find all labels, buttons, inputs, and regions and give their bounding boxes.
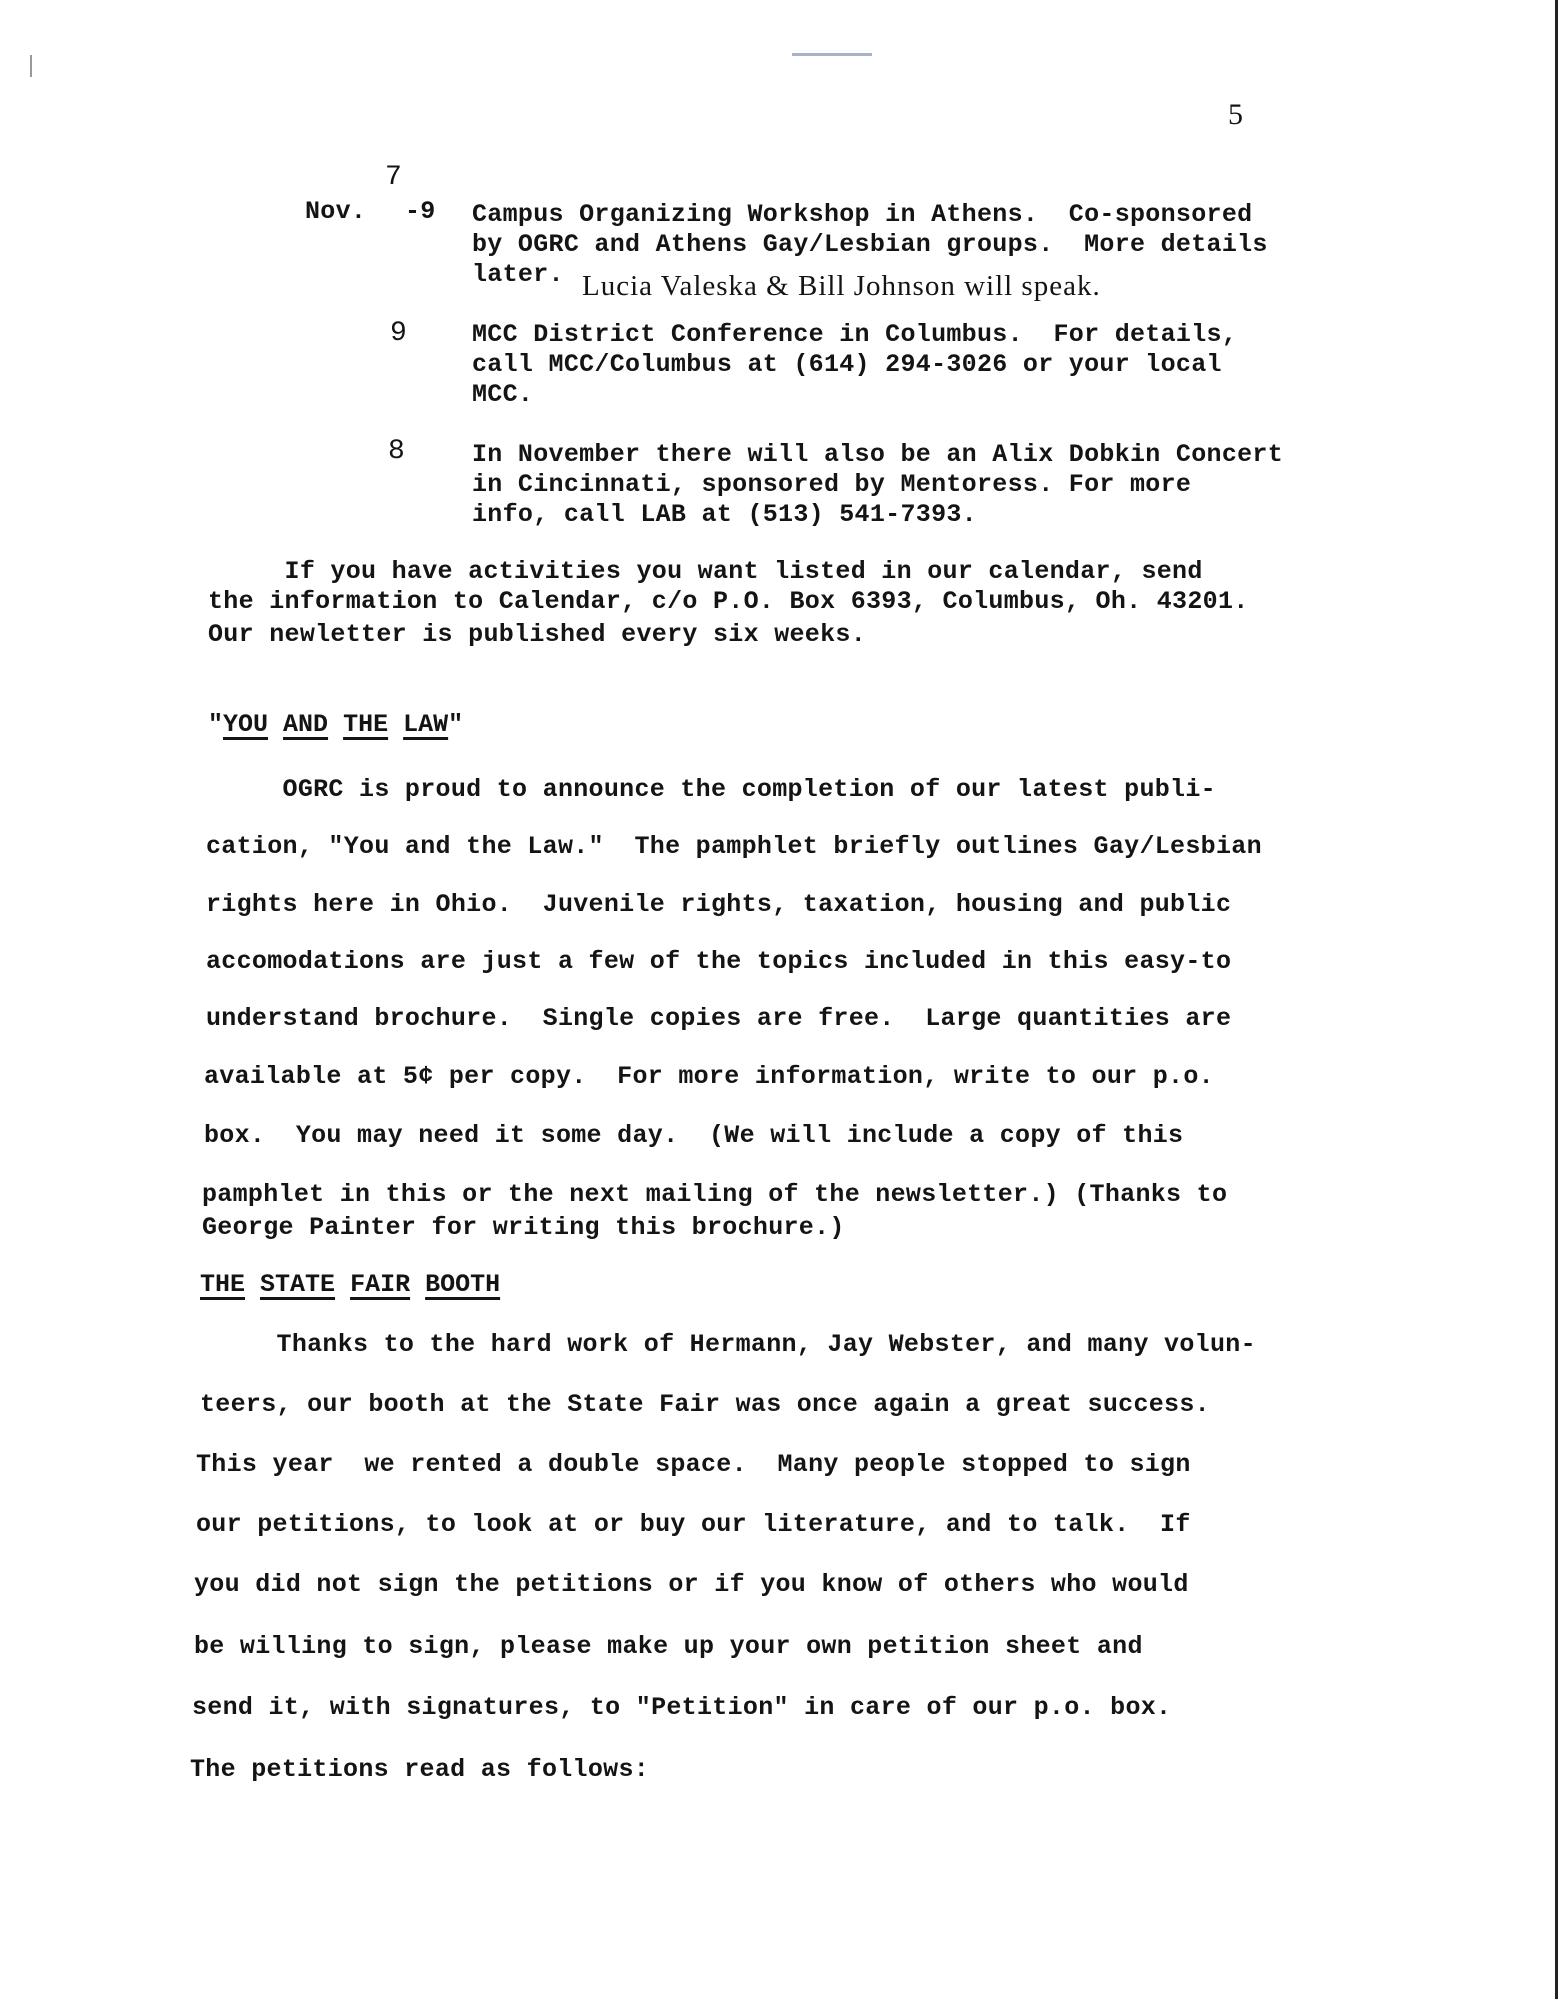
note-line: If you have activities you want listed i… bbox=[208, 557, 1203, 586]
entry-month: Nov. bbox=[305, 197, 366, 226]
entry-date-top: 7 bbox=[385, 162, 402, 193]
scan-mark-left bbox=[30, 55, 32, 77]
paragraph-line: box. You may need it some day. (We will … bbox=[204, 1121, 1183, 1150]
entry-date: 8 bbox=[388, 436, 405, 467]
paragraph-line: rights here in Ohio. Juvenile rights, ta… bbox=[206, 890, 1231, 919]
section-heading: THE STATE FAIR BOOTH bbox=[200, 1270, 500, 1299]
paragraph-line: you did not sign the petitions or if you… bbox=[194, 1570, 1189, 1599]
page-number: 5 bbox=[1228, 98, 1243, 132]
entry-line: later. bbox=[472, 260, 564, 289]
paragraph-line: understand brochure. Single copies are f… bbox=[206, 1004, 1231, 1033]
paragraph-line: send it, with signatures, to "Petition" … bbox=[192, 1693, 1171, 1722]
paragraph-line: cation, "You and the Law." The pamphlet … bbox=[206, 832, 1262, 861]
paragraph-line: our petitions, to look at or buy our lit… bbox=[196, 1510, 1191, 1539]
paragraph-line: The petitions read as follows: bbox=[190, 1755, 649, 1784]
entry-line: by OGRC and Athens Gay/Lesbian groups. M… bbox=[472, 230, 1268, 259]
paragraph-line: Thanks to the hard work of Hermann, Jay … bbox=[200, 1330, 1256, 1359]
entry-line: MCC District Conference in Columbus. For… bbox=[472, 320, 1237, 349]
scan-mark-top bbox=[792, 53, 872, 56]
paragraph-line: This year we rented a double space. Many… bbox=[196, 1450, 1191, 1479]
paragraph-line: George Painter for writing this brochure… bbox=[202, 1213, 845, 1242]
entry-line: in Cincinnati, sponsored by Mentoress. F… bbox=[472, 470, 1191, 499]
entry-date: 9 bbox=[390, 318, 407, 349]
entry-line: info, call LAB at (513) 541-7393. bbox=[472, 500, 977, 529]
paragraph-line: available at 5¢ per copy. For more infor… bbox=[204, 1062, 1214, 1091]
paragraph-line: accomodations are just a few of the topi… bbox=[206, 947, 1231, 976]
entry-line: call MCC/Columbus at (614) 294-3026 or y… bbox=[472, 350, 1222, 379]
paragraph-line: be willing to sign, please make up your … bbox=[194, 1632, 1143, 1661]
handwritten-note: Lucia Valeska & Bill Johnson will speak. bbox=[582, 270, 1101, 303]
entry-line: Campus Organizing Workshop in Athens. Co… bbox=[472, 200, 1252, 229]
entry-line: MCC. bbox=[472, 380, 533, 409]
entry-date: -9 bbox=[405, 197, 436, 226]
entry-line: In November there will also be an Alix D… bbox=[472, 440, 1283, 469]
paragraph-line: pamphlet in this or the next mailing of … bbox=[202, 1180, 1227, 1209]
paragraph-line: OGRC is proud to announce the completion… bbox=[206, 775, 1216, 804]
section-heading: "YOU AND THE LAW" bbox=[208, 710, 463, 739]
paragraph-line: teers, our booth at the State Fair was o… bbox=[200, 1390, 1210, 1419]
note-line: the information to Calendar, c/o P.O. Bo… bbox=[208, 587, 1249, 616]
note-line: Our newletter is published every six wee… bbox=[208, 620, 866, 649]
